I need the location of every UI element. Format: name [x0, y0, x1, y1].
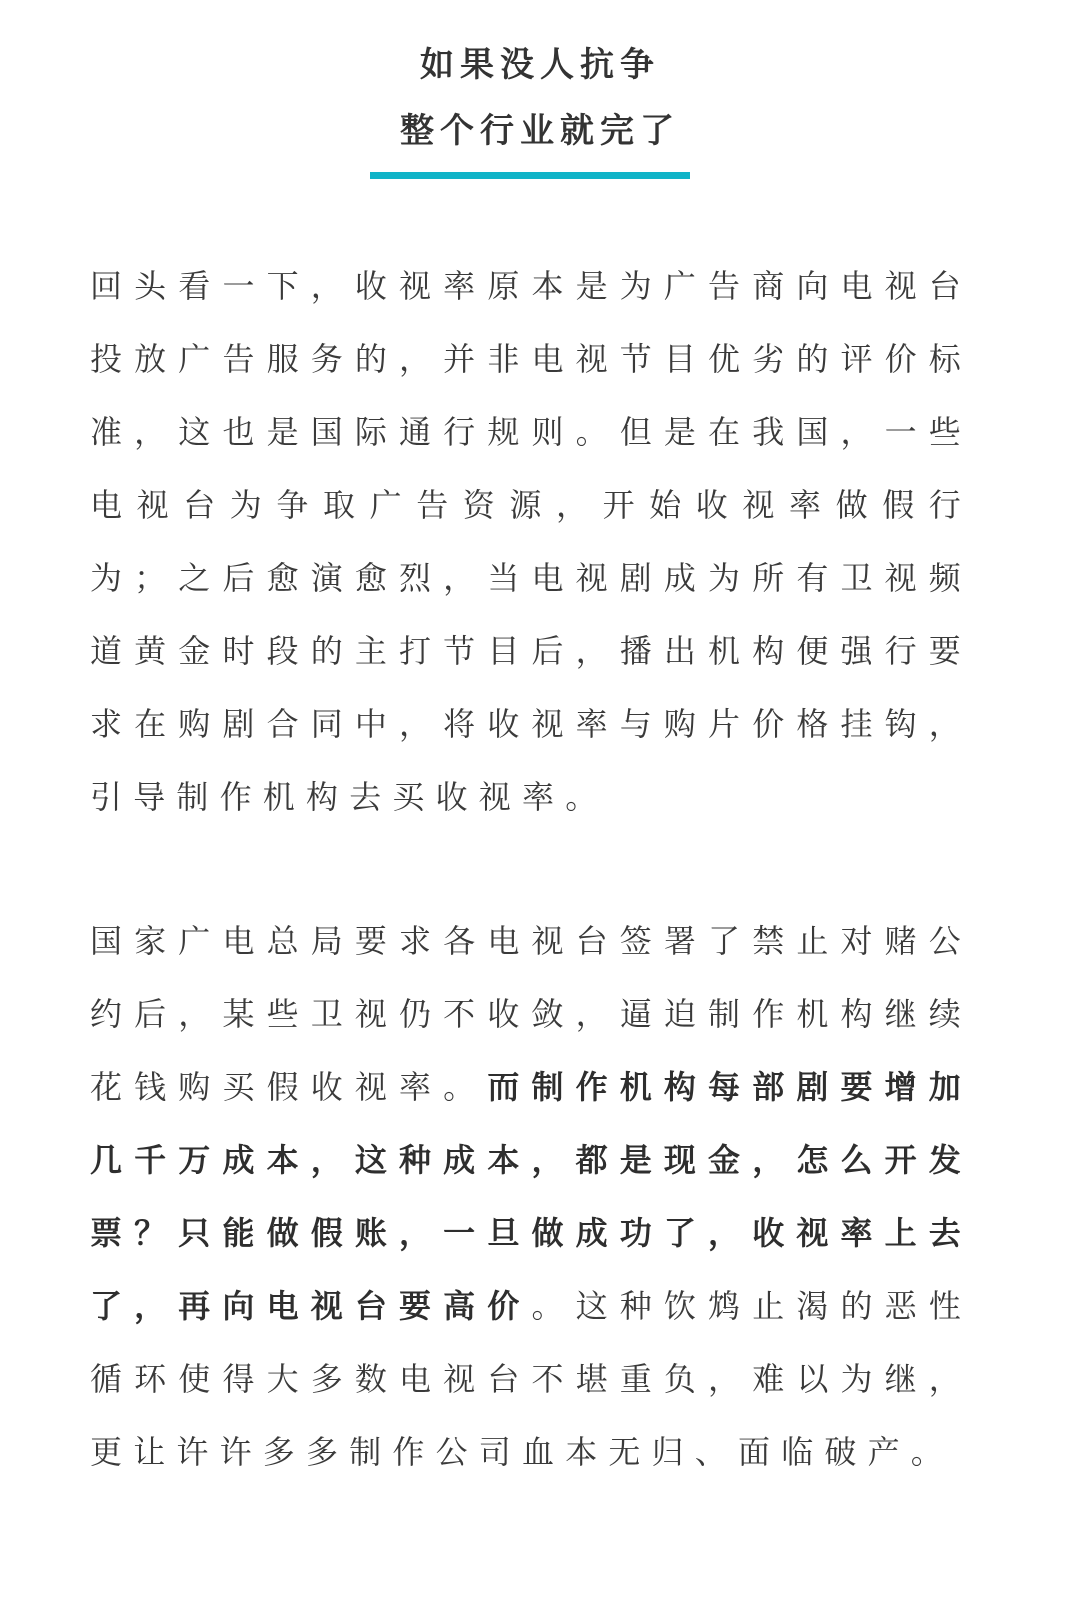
article-header: 如果没人抗争 整个行业就完了	[0, 32, 1080, 164]
article-paragraph-1: 回头看一下，收视率原本是为广告商向电视台投放广告服务的，并非电视节目优劣的评价标…	[90, 250, 972, 834]
title-underline-divider	[370, 172, 690, 179]
article-paragraph-2: 国家广电总局要求各电视台签署了禁止对赌公约后，某些卫视仍不收敛，逼迫制作机构继续…	[90, 905, 972, 1489]
paragraph-text: 回头看一下，收视率原本是为广告商向电视台投放广告服务的，并非电视节目优劣的评价标…	[90, 267, 972, 816]
title-line-1: 如果没人抗争	[0, 32, 1080, 98]
title-line-2: 整个行业就完了	[0, 98, 1080, 164]
